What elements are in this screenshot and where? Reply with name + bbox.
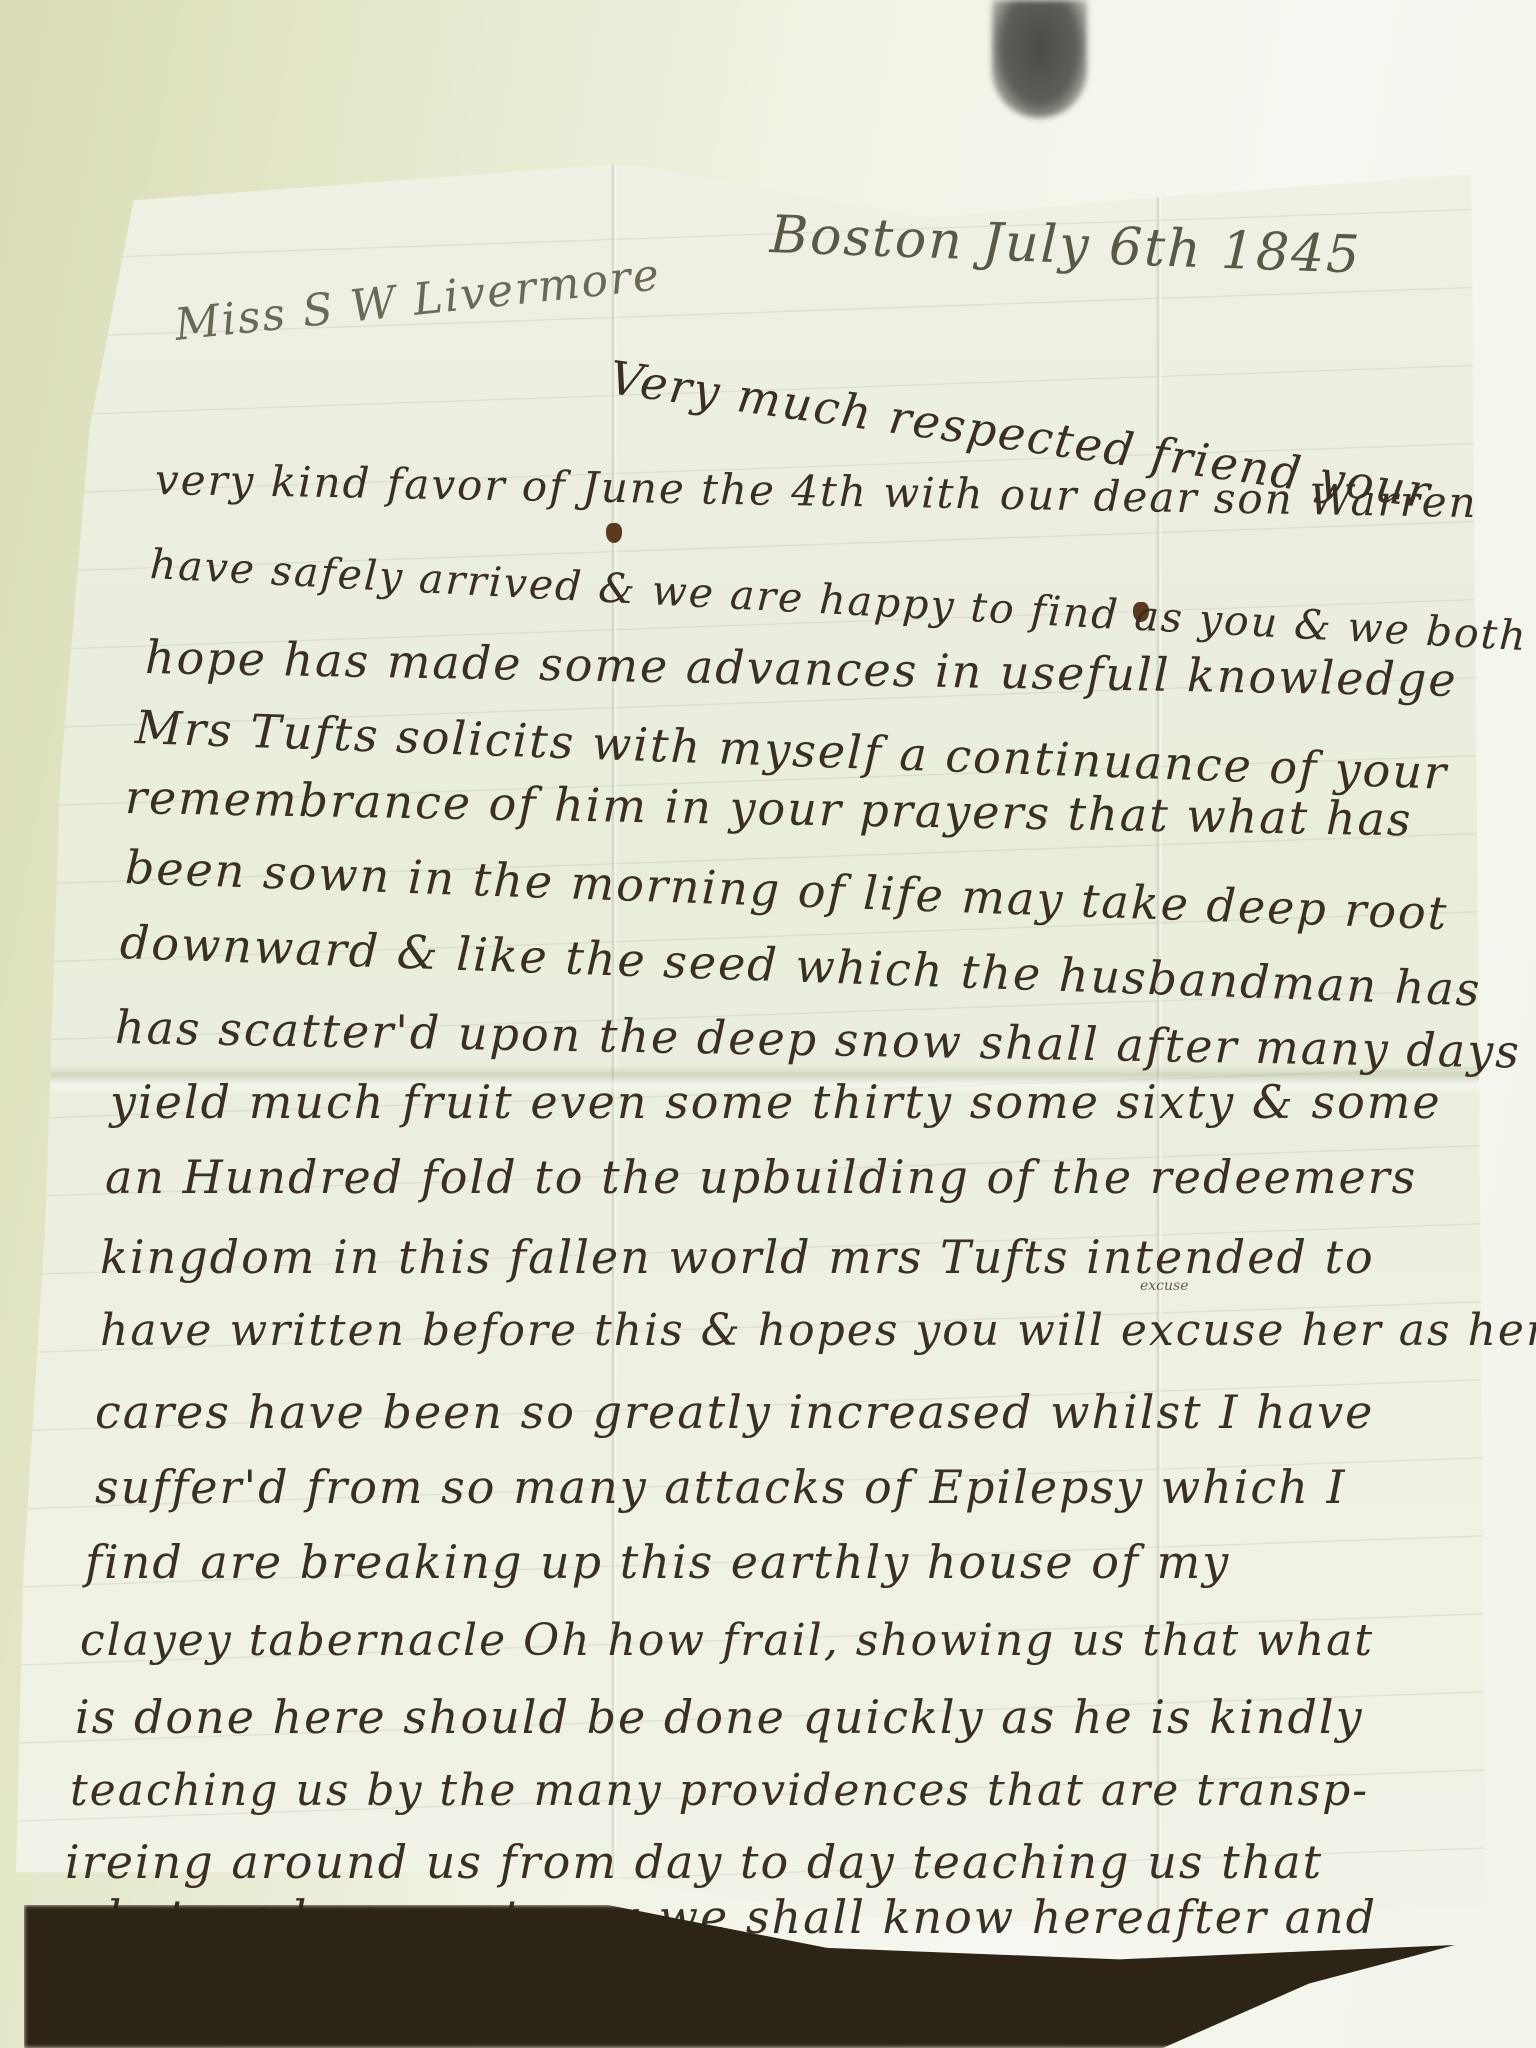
clip-shadow: [992, 0, 1087, 118]
dateline-place: Boston: [769, 205, 965, 272]
letter-line: teaching us by the many providences that…: [70, 1765, 1369, 1816]
letter-line: clayey tabernacle Oh how frail, showing …: [80, 1615, 1374, 1666]
letter-line: cares have been so greatly increased whi…: [95, 1385, 1374, 1439]
letter-line: yield much fruit even some thirty some s…: [110, 1075, 1442, 1129]
letter-line: is done here should be done quickly as h…: [75, 1690, 1364, 1744]
interlinear-correction: excuse: [1140, 1278, 1189, 1294]
letter-line: have written before this & hopes you wil…: [100, 1305, 1536, 1356]
seal-hole-left: [606, 523, 622, 543]
letter-line: kingdom in this fallen world mrs Tufts i…: [100, 1230, 1375, 1284]
letter-line: ireing around us from day to day teachin…: [65, 1835, 1323, 1889]
letter-line: suffer'd from so many attacks of Epileps…: [95, 1460, 1347, 1514]
letter-line: an Hundred fold to the upbuilding of the…: [105, 1150, 1417, 1204]
letter-line: find are breaking up this earthly house …: [85, 1535, 1230, 1589]
